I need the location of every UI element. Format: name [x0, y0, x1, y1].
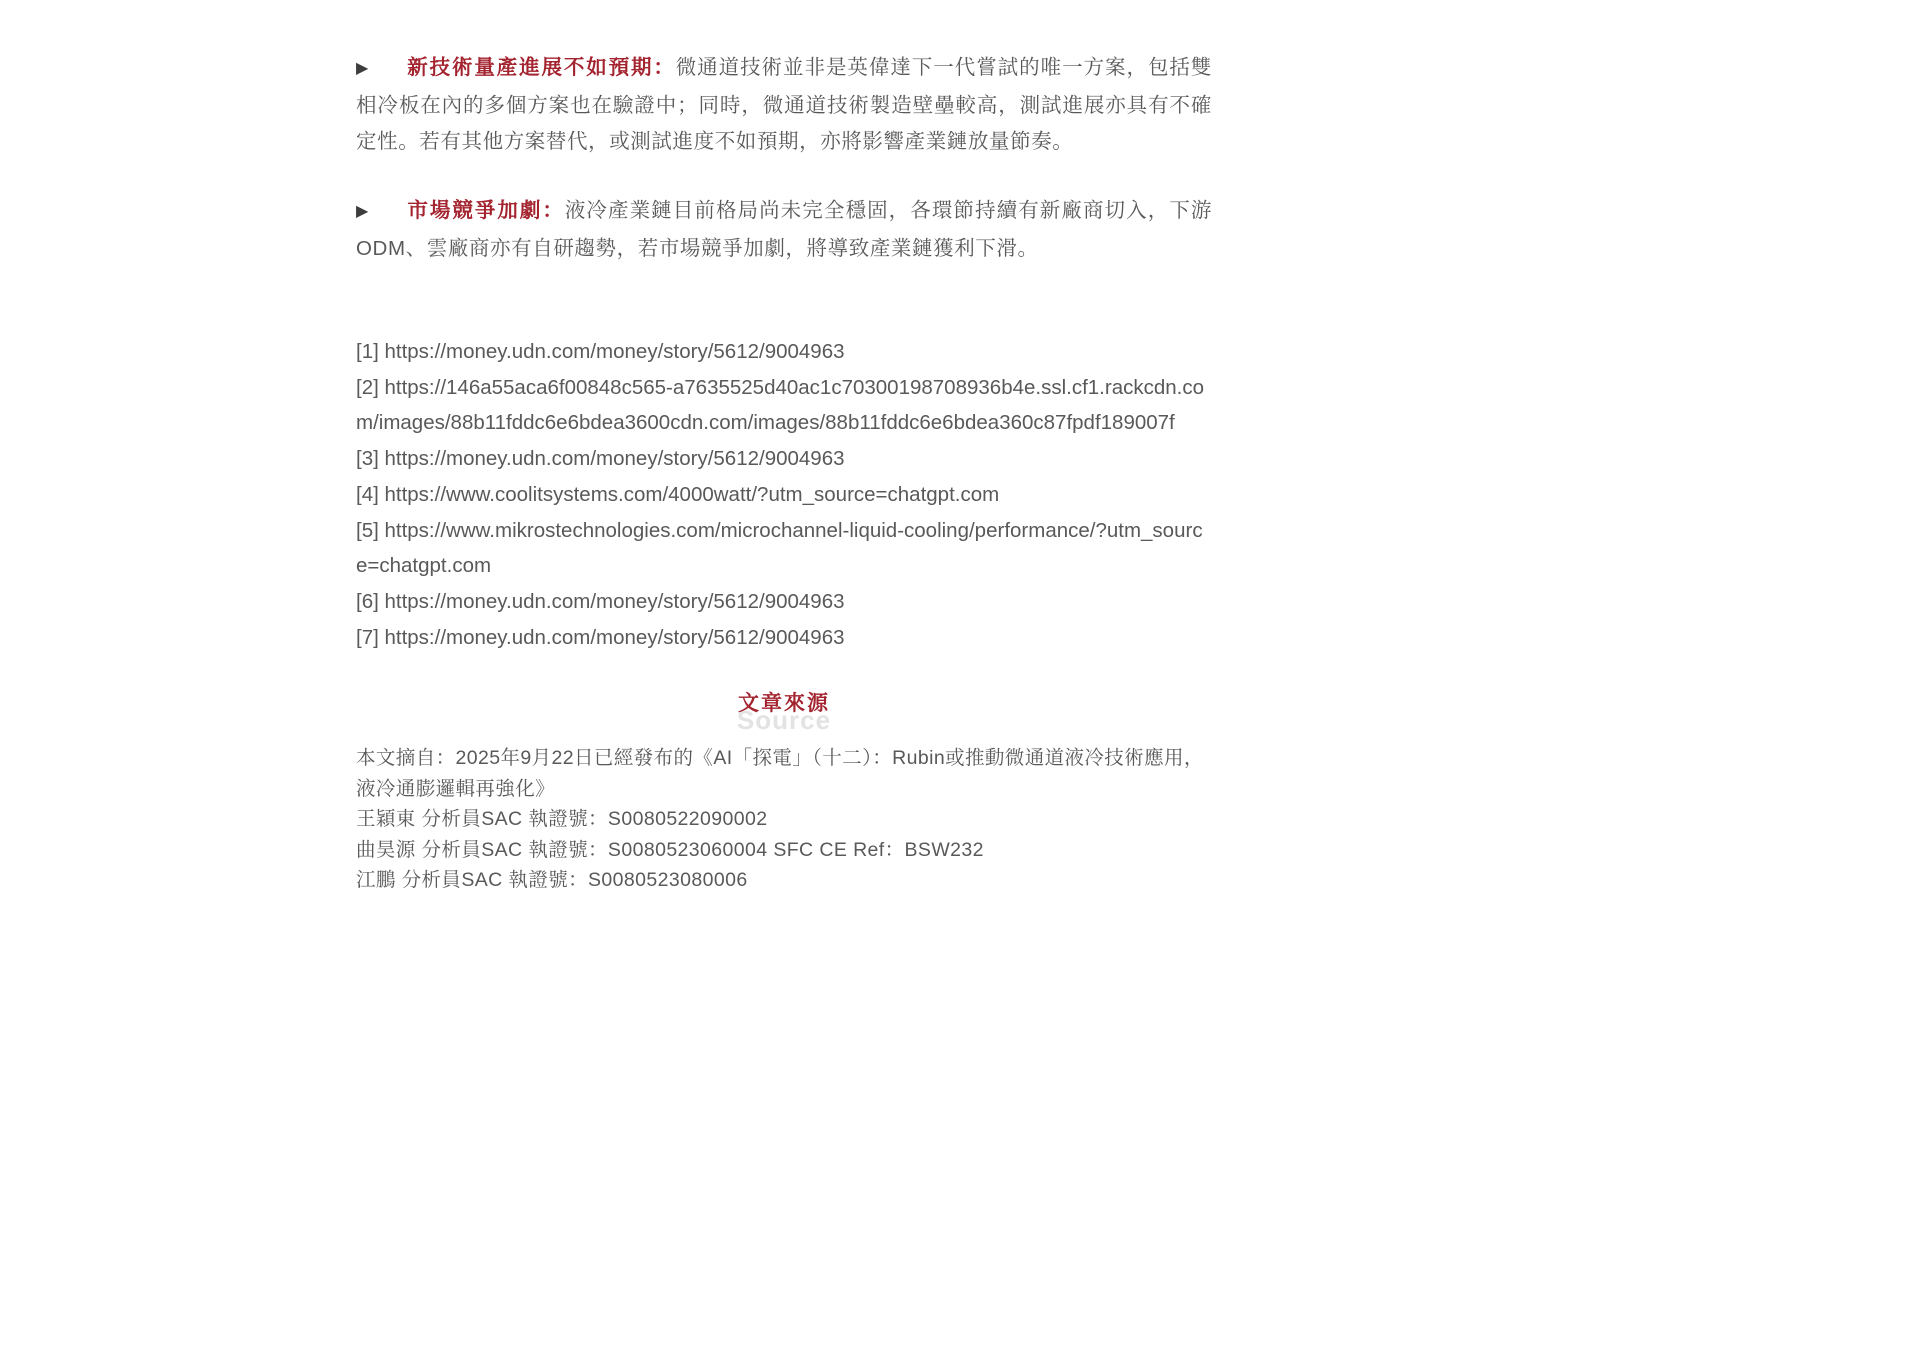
- bullet-paragraph: ▶市場競爭加劇：液冷產業鏈目前格局尚未完全穩固，各環節持續有新廠商切入，下游OD…: [356, 193, 1212, 267]
- bullet-heading: 新技術量產進展不如預期：: [407, 56, 676, 79]
- reference-list: [1] https://money.udn.com/money/story/56…: [356, 334, 1212, 655]
- triangle-bullet-icon: ▶: [356, 51, 369, 87]
- triangle-bullet-icon: ▶: [356, 194, 369, 230]
- article-content: ▶新技術量產進展不如預期：微通道技術並非是英偉達下一代嘗試的唯一方案，包括雙相冷…: [356, 50, 1212, 896]
- bullet-heading: 市場競爭加劇：: [407, 199, 565, 222]
- reference-item: [5] https://www.mikrostechnologies.com/m…: [356, 513, 1212, 584]
- reference-item: [7] https://money.udn.com/money/story/56…: [356, 620, 1212, 656]
- reference-item: [6] https://money.udn.com/money/story/56…: [356, 584, 1212, 620]
- source-line: 王穎東 分析員SAC 執證號：S0080522090002: [356, 804, 1212, 835]
- source-line: 江鵬 分析員SAC 執證號：S0080523080006: [356, 865, 1212, 896]
- reference-item: [2] https://146a55aca6f00848c565-a763552…: [356, 370, 1212, 441]
- source-heading: 文章來源: [356, 691, 1212, 717]
- bullet-paragraph: ▶新技術量產進展不如預期：微通道技術並非是英偉達下一代嘗試的唯一方案，包括雙相冷…: [356, 50, 1212, 160]
- source-info: 本文摘自：2025年9月22日已經發布的《AI「探電」（十二）：Rubin或推動…: [356, 743, 1212, 896]
- reference-item: [4] https://www.coolitsystems.com/4000wa…: [356, 477, 1212, 513]
- reference-item: [1] https://money.udn.com/money/story/56…: [356, 334, 1212, 370]
- article-page: { "page": { "background": "#ffffff", "ac…: [0, 0, 1920, 1357]
- source-section: 文章來源 Source 本文摘自：2025年9月22日已經發布的《AI「探電」（…: [356, 691, 1212, 896]
- source-line: 曲昊源 分析員SAC 執證號：S0080523060004 SFC CE Ref…: [356, 835, 1212, 866]
- source-line: 本文摘自：2025年9月22日已經發布的《AI「探電」（十二）：Rubin或推動…: [356, 743, 1212, 804]
- reference-item: [3] https://money.udn.com/money/story/56…: [356, 441, 1212, 477]
